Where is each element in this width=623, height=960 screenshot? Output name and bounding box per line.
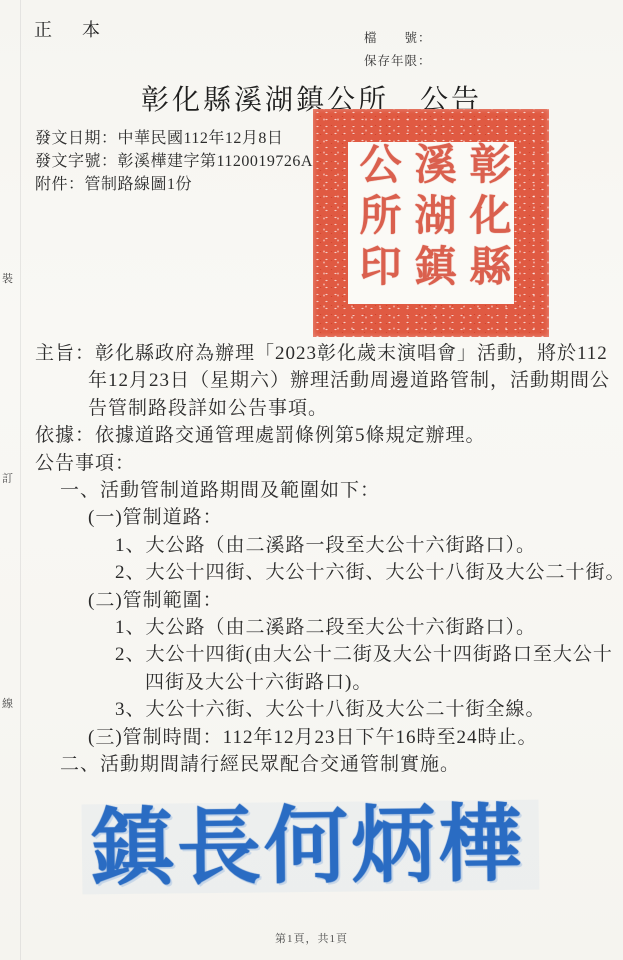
binding-mark-xian: 線 bbox=[2, 698, 16, 710]
file-info-block: 檔 號： 保存年限： bbox=[364, 30, 432, 76]
seal-script-text: 彰化縣溪湖鎮公所印 bbox=[349, 142, 514, 304]
body-line: 2、大公十四街(由大公十二街及大公十四街路口至大公十 bbox=[35, 641, 603, 668]
seal-inner-face: 彰化縣溪湖鎮公所印 bbox=[348, 142, 514, 304]
body-line: 2、大公十四街、大公十六街、大公十八街及大公二十街。 bbox=[35, 559, 603, 586]
copy-type-label: 正 本 bbox=[34, 16, 106, 42]
body-line: 1、大公路（由二溪路二段至大公十六街路口）。 bbox=[35, 614, 603, 641]
body-line: 四街及大公十六街路口)。 bbox=[35, 669, 603, 696]
page-number-footer: 第1頁，共1頁 bbox=[0, 930, 623, 946]
binding-line bbox=[20, 0, 21, 960]
body-line: (三)管制時間：112年12月23日下午16時至24時止。 bbox=[35, 724, 603, 751]
body-line: 1、大公路（由二溪路一段至大公十六街路口）。 bbox=[35, 532, 603, 559]
body-line: 告管制路段詳如公告事項。 bbox=[35, 395, 603, 422]
body-line: 主旨：彰化縣政府為辦理「2023彰化歲末演唱會」活動，將於112 bbox=[35, 340, 603, 367]
body-line: (二)管制範圍： bbox=[35, 587, 603, 614]
retention-period-label: 保存年限： bbox=[364, 53, 432, 69]
body-line: 依據：依據道路交通管理處罰條例第5條規定辦理。 bbox=[35, 422, 603, 449]
meta-block: 發文日期：中華民國112年12月8日 發文字號：彰溪樺建字第1120019726… bbox=[35, 127, 329, 196]
mayor-signature-stamp: 鎮長何炳樺 bbox=[89, 798, 535, 903]
body-line: 年12月23日（星期六）辦理活動周邊道路管制，活動期間公 bbox=[35, 367, 603, 394]
official-red-seal: 彰化縣溪湖鎮公所印 bbox=[313, 109, 549, 337]
document-page: 裝 訂 線 正 本 檔 號： 保存年限： 彰化縣溪湖鎮公所 公告 發文日期：中華… bbox=[0, 0, 623, 960]
announcement-body: 主旨：彰化縣政府為辦理「2023彰化歲末演唱會」活動，將於112年12月23日（… bbox=[35, 340, 603, 779]
binding-mark-ding: 訂 bbox=[2, 473, 16, 485]
attachment-note: 附件：管制路線圖1份 bbox=[35, 173, 329, 196]
body-line: (一)管制道路： bbox=[35, 504, 603, 531]
binding-mark-zhuang: 裝 bbox=[2, 273, 16, 285]
document-number: 發文字號：彰溪樺建字第1120019726A號 bbox=[35, 150, 329, 173]
file-number-label: 檔 號： bbox=[364, 30, 432, 46]
body-line: 3、大公十六街、大公十八街及大公二十街全線。 bbox=[35, 696, 603, 723]
body-line: 公告事項： bbox=[35, 450, 603, 477]
body-line: 一、活動管制道路期間及範圍如下： bbox=[35, 477, 603, 504]
body-line: 二、活動期間請行經民眾配合交通管制實施。 bbox=[35, 751, 603, 778]
issue-date: 發文日期：中華民國112年12月8日 bbox=[35, 127, 329, 150]
